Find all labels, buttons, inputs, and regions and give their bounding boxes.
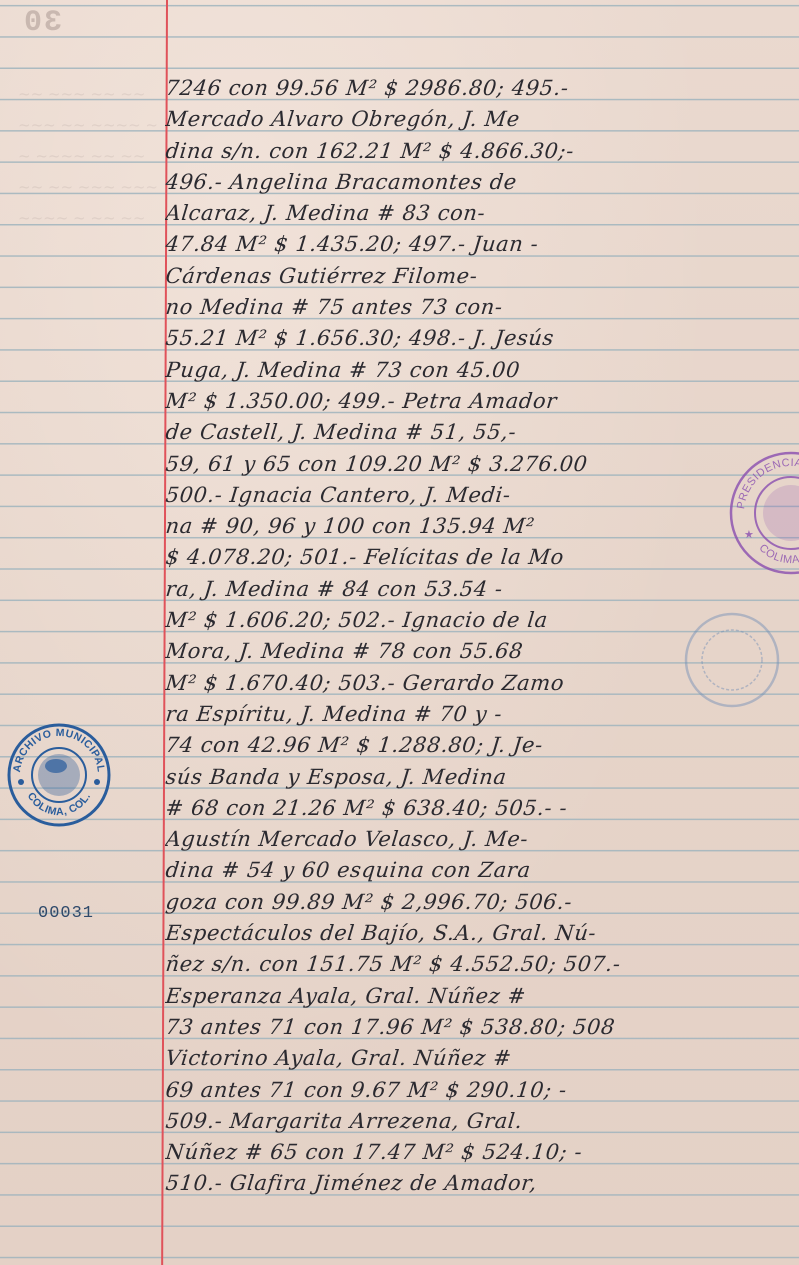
- handwritten-line: 74 con 42.96 M² $ 1.288.80; J. Je-: [164, 730, 799, 761]
- bleed-through-text: ~~~~ ~ ~~ ~~: [18, 209, 158, 227]
- handwritten-line: Puga, J. Medina # 73 con 45.00: [164, 355, 799, 386]
- handwritten-line: 47.84 M² $ 1.435.20; 497.- Juan -: [164, 229, 799, 260]
- handwritten-line: Esperanza Ayala, Gral. Núñez #: [164, 981, 799, 1012]
- bleed-through-text: ~~ ~~~ ~~ ~~: [18, 85, 158, 103]
- handwritten-line: $ 4.078.20; 501.- Felícitas de la Mo: [164, 542, 799, 573]
- handwritten-line: ñez s/n. con 151.75 M² $ 4.552.50; 507.-: [164, 949, 799, 980]
- handwritten-line: 500.- Ignacia Cantero, J. Medi-: [164, 480, 799, 511]
- handwritten-line: M² $ 1.350.00; 499.- Petra Amador: [164, 386, 799, 417]
- handwritten-line: 496.- Angelina Bracamontes de: [164, 167, 799, 198]
- handwritten-line: 55.21 M² $ 1.656.30; 498.- J. Jesús: [164, 323, 799, 354]
- handwritten-line: ra, J. Medina # 84 con 53.54 -: [164, 574, 799, 605]
- handwritten-line: 69 antes 71 con 9.67 M² $ 290.10; -: [164, 1075, 799, 1106]
- bleed-through-text: ~ ~~~~ ~~ ~~: [18, 147, 158, 165]
- handwritten-line: de Castell, J. Medina # 51, 55,-: [164, 417, 799, 448]
- handwritten-line: 509.- Margarita Arrezena, Gral.: [164, 1106, 799, 1137]
- handwritten-line: 510.- Glafira Jiménez de Amador,: [164, 1168, 799, 1199]
- handwritten-line: no Medina # 75 antes 73 con-: [164, 292, 799, 323]
- handwritten-line: sús Banda y Esposa, J. Medina: [164, 762, 799, 793]
- handwritten-line: Espectáculos del Bajío, S.A., Gral. Nú-: [164, 918, 799, 949]
- handwritten-line: Agustín Mercado Velasco, J. Me-: [164, 824, 799, 855]
- handwritten-line: dina s/n. con 162.21 M² $ 4.866.30;-: [164, 136, 799, 167]
- presidencia-stamp: PRESIDENCIA COLIMA ★: [726, 448, 799, 578]
- handwritten-line: Cárdenas Gutiérrez Filome-: [164, 261, 799, 292]
- handwritten-line: dina # 54 y 60 esquina con Zara: [164, 855, 799, 886]
- handwritten-line: 73 antes 71 con 17.96 M² $ 538.80; 508: [164, 1012, 799, 1043]
- handwritten-line: Alcaraz, J. Medina # 83 con-: [164, 198, 799, 229]
- faded-stamp: [682, 610, 782, 710]
- handwritten-line: 59, 61 y 65 con 109.20 M² $ 3.276.00: [164, 449, 799, 480]
- handwritten-line: goza con 99.89 M² $ 2,996.70; 506.-: [164, 887, 799, 918]
- ledger-page: 30 ~~ ~~~ ~~ ~~ ~~~ ~~ ~~~~ ~ ~ ~~~~ ~~ …: [0, 0, 799, 1265]
- star-icon: ★: [744, 529, 754, 541]
- bleed-through-text: ~~~ ~~ ~~~~ ~: [18, 116, 158, 134]
- handwritten-line: 7246 con 99.56 M² $ 2986.80; 495.-: [164, 73, 799, 104]
- handwritten-line: Victorino Ayala, Gral. Núñez #: [164, 1043, 799, 1074]
- folio-number: 00031: [38, 904, 94, 923]
- archivo-municipal-stamp: ARCHIVO MUNICIPAL COLIMA, COL.: [6, 722, 112, 828]
- handwritten-line: Mercado Alvaro Obregón, J. Me: [164, 104, 799, 135]
- handwritten-line: # 68 con 21.26 M² $ 638.40; 505.- -: [164, 793, 799, 824]
- bleed-through-text: ~~ ~~ ~~~ ~~~: [18, 178, 158, 196]
- handwritten-line: na # 90, 96 y 100 con 135.94 M²: [164, 511, 799, 542]
- handwritten-line: Núñez # 65 con 17.47 M² $ 524.10; -: [164, 1137, 799, 1168]
- embossed-page-number: 30: [22, 6, 62, 40]
